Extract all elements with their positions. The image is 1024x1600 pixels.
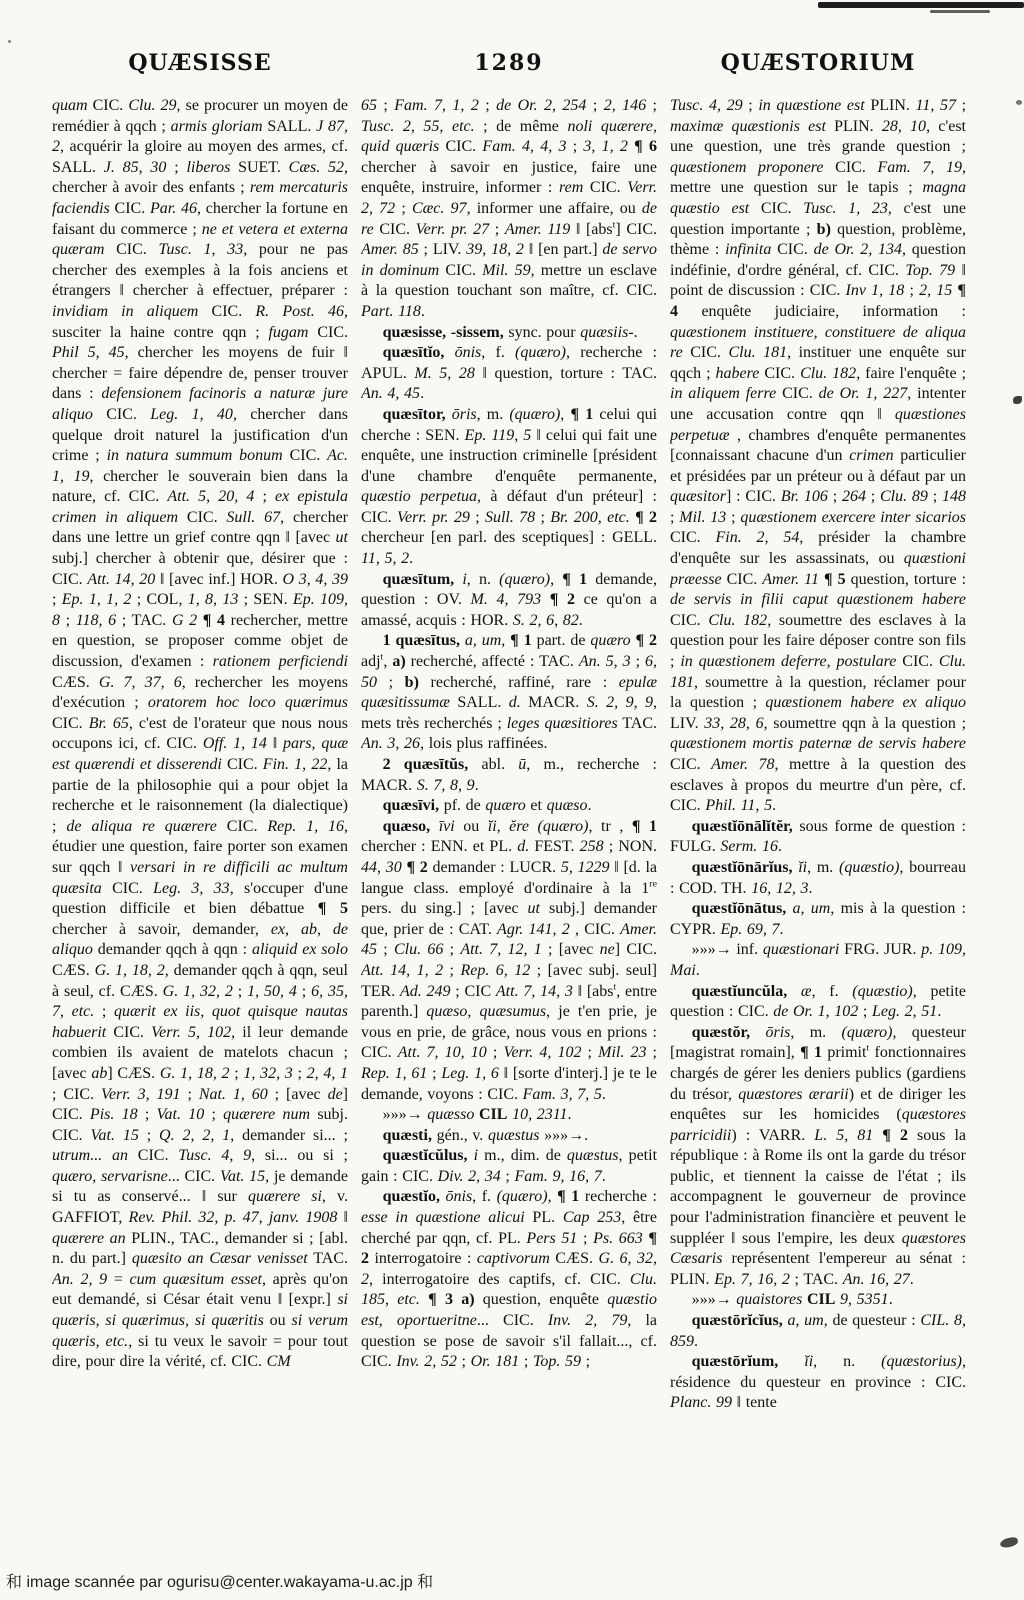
dictionary-entry: »»»→ inf. quæstionari FRG. JUR. p. 109, … (670, 940, 966, 981)
dictionary-entry: quæso, īvi ou ĭi, ĕre (quæro), tr , ¶ 1 … (361, 817, 657, 1105)
dictionary-entry: quæstĭōnārĭus, ĭi, m. (quæstio), bourrea… (670, 858, 966, 899)
continuation-paragraph: 65 ; Fam. 7, 1, 2 ; de Or. 2, 254 ; 2, 1… (361, 96, 657, 323)
dictionary-entry: quæstĭcŭlus, i m., dim. de quæstus, peti… (361, 1146, 657, 1187)
scan-artifact (818, 2, 1024, 8)
dictionary-entry: quæsītor, ōris, m. (quæro), ¶ 1 celui qu… (361, 405, 657, 570)
dictionary-entry: quæstĭuncŭla, æ, f. (quæstio), petite qu… (670, 982, 966, 1023)
scan-artifact (1016, 100, 1022, 105)
dictionary-entry: 2 quæsītŭs, abl. ū, m., recherche : MACR… (361, 755, 657, 796)
scan-artifact (930, 10, 990, 13)
dictionary-entry: quæsti, gén., v. quæstus »»»→. (361, 1126, 657, 1147)
dictionary-entry: quæsisse, -sissem, sync. pour quæsiis-. (361, 323, 657, 344)
scan-credit: 和 image scannée par ogurisu@center.wakay… (6, 1569, 433, 1592)
dictionary-entry: quæsīvi, pf. de quæro et quæso. (361, 796, 657, 817)
dictionary-entry: 1 quæsītus, a, um, ¶ 1 part. de quæro ¶ … (361, 631, 657, 755)
dictionary-entry: quæstĭo, ōnis, f. (quæro), ¶ 1 recherche… (361, 1187, 657, 1372)
dictionary-entry: quæsītum, i, n. (quæro), ¶ 1 demande, qu… (361, 570, 657, 632)
scan-artifact (1013, 396, 1022, 404)
running-heads: QUÆSISSE 1289 QUÆSTORIUM (52, 50, 966, 76)
dictionary-entry: »»»→ quæsso CIL 10, 2311. (361, 1105, 657, 1126)
dictionary-entry: quæstŏr, ōris, m. (quæro), questeur [mag… (670, 1023, 966, 1291)
dictionary-entry: quæsītĭo, ōnis, f. (quæro), recherche : … (361, 343, 657, 405)
scan-artifact (8, 40, 11, 43)
dictionary-entry: quæstĭōnālĭtĕr, sous forme de question :… (670, 817, 966, 858)
continuation-paragraph: Tusc. 4, 29 ; in quæstione est PLIN. 11,… (670, 96, 966, 817)
page-number: 1289 (361, 50, 657, 76)
dictionary-entry: quæstōrĭcĭus, a, um, de questeur : CIL. … (670, 1311, 966, 1352)
dictionary-entry: quæstĭōnātus, a, um, mis à la question :… (670, 899, 966, 940)
dictionary-page: QUÆSISSE 1289 QUÆSTORIUM quam CIC. Clu. … (0, 0, 1024, 1600)
column-1: quam CIC. Clu. 29, se procurer un moyen … (52, 96, 348, 1548)
dictionary-entry: quæstōrĭum, ĭi, n. (quæstorius), résiden… (670, 1352, 966, 1414)
running-head-right: QUÆSTORIUM (670, 50, 966, 76)
column-3: Tusc. 4, 29 ; in quæstione est PLIN. 11,… (670, 96, 966, 1548)
continuation-paragraph: quam CIC. Clu. 29, se procurer un moyen … (52, 96, 348, 1373)
dictionary-entry: »»»→ quaistores CIL 9, 5351. (670, 1290, 966, 1311)
column-2: 65 ; Fam. 7, 1, 2 ; de Or. 2, 254 ; 2, 1… (361, 96, 657, 1548)
running-head-left: QUÆSISSE (52, 50, 348, 76)
text-columns: quam CIC. Clu. 29, se procurer un moyen … (52, 96, 966, 1548)
scan-artifact (999, 1536, 1018, 1549)
